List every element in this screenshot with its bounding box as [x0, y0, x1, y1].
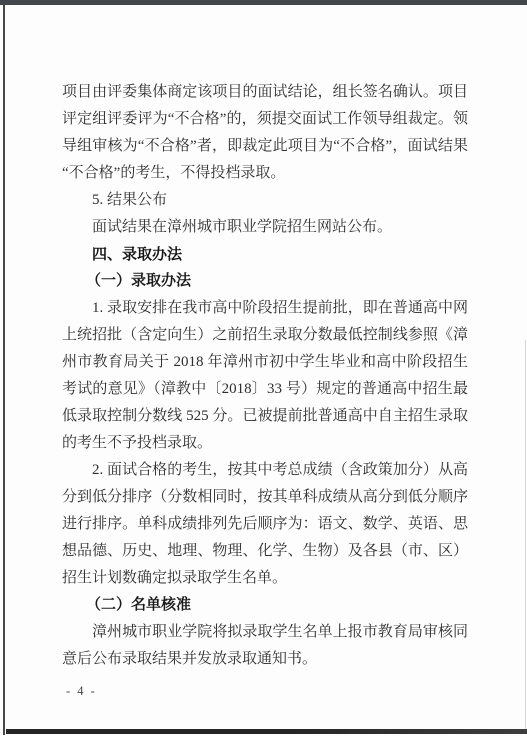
- numbered-item-result-announcement: 5. 结果公布: [62, 187, 468, 214]
- paragraph-interview-ruling: 项目由评委集体商定该项目的面试结论，组长签名确认。项目评定组评委评为“不合格”的…: [62, 79, 468, 187]
- scan-artifact-bottom-bar: [6, 729, 527, 734]
- paragraph-ranking-rules: 2. 面试合格的考生，按其中考总成绩（含政策加分）从高分到低分排序（分数相同时，…: [62, 457, 468, 592]
- scan-artifact-top-bar: [0, 0, 527, 5]
- paragraph-admission-arrangement: 1. 录取安排在我市高中阶段招生提前批，即在普通高中网上统招批（含定向生）之前招…: [62, 295, 468, 457]
- paragraph-list-approval-process: 漳州城市职业学院将拟录取学生名单上报市教育局审核同意后公布录取结果并发放录取通知…: [62, 619, 468, 673]
- subheading-admission-method: （一）录取办法: [62, 268, 468, 295]
- scan-artifact-right-line: [525, 340, 526, 729]
- heading-admission-methods: 四、录取办法: [62, 241, 468, 268]
- paragraph-result-published-on-website: 面试结果在漳州城市职业学院招生网站公布。: [62, 214, 468, 241]
- scan-artifact-left-line: [3, 4, 5, 735]
- document-text-block: 项目由评委集体商定该项目的面试结论，组长签名确认。项目评定组评委评为“不合格”的…: [62, 79, 468, 673]
- subheading-list-approval: （二）名单核准: [62, 592, 468, 619]
- scanned-document-page: 项目由评委集体商定该项目的面试结论，组长签名确认。项目评定组评委评为“不合格”的…: [0, 0, 527, 736]
- page-number: - 4 -: [66, 684, 97, 699]
